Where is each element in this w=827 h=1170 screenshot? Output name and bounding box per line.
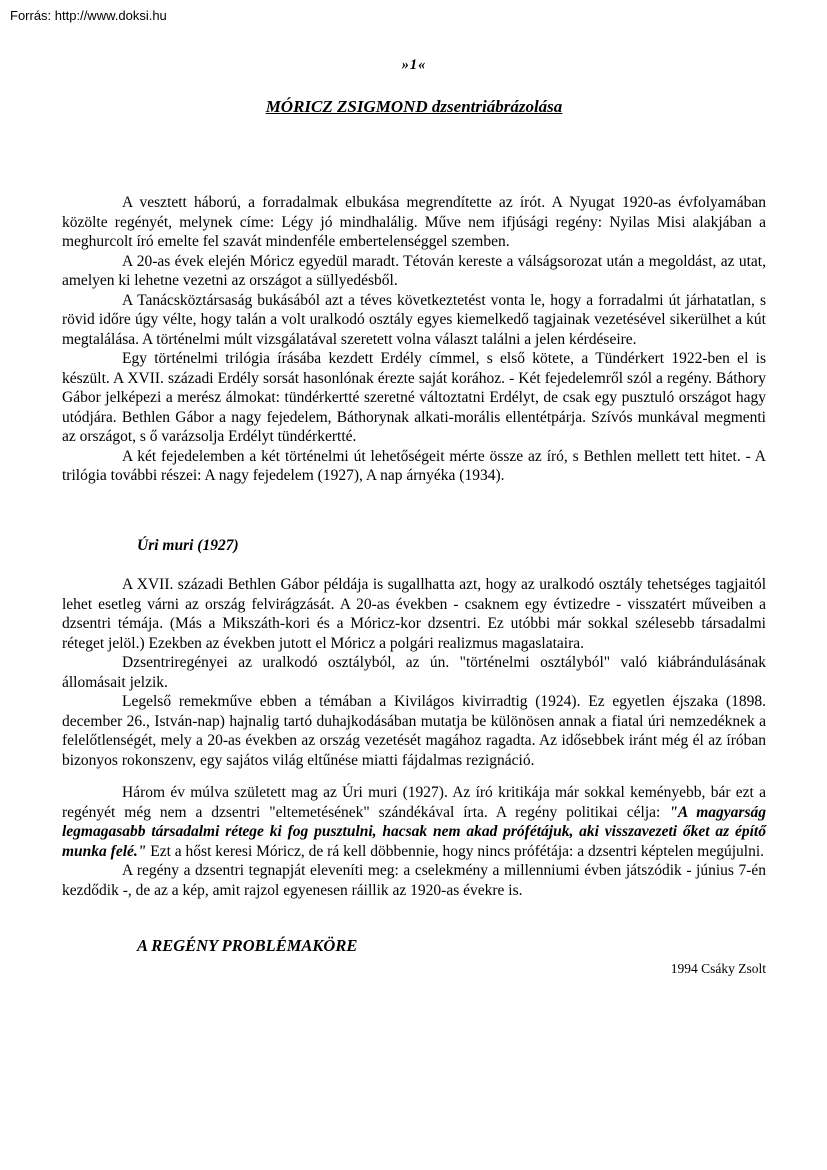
paragraph: A regény a dzsentri tegnapját eleveníti … [62,861,766,900]
quote-paragraph-outro: Ezt a hőst keresi Móricz, de rá kell döb… [146,843,764,860]
paragraph: A Tanácsköztársaság bukásából azt a téve… [62,291,766,350]
paragraph: Legelső remekműve ebben a témában a Kivi… [62,692,766,770]
paragraph: A két fejedelemben a két történelmi út l… [62,447,766,486]
page-number: »1« [62,57,766,74]
document-content: »1« MÓRICZ ZSIGMOND dzsentriábrázolása A… [62,0,766,977]
paragraph-with-quote: Három év múlva született mag az Úri muri… [62,783,766,861]
paragraph: A 20-as évek elején Móricz egyedül marad… [62,252,766,291]
section-heading-uri-muri: Úri muri (1927) [137,536,766,556]
paragraph: A XVII. századi Bethlen Gábor példája is… [62,575,766,653]
closing-section-heading: A REGÉNY PROBLÉMAKÖRE [137,936,766,956]
quote-paragraph-intro: Három év múlva született mag az Úri muri… [62,784,766,821]
paragraph: Egy történelmi trilógia írásába kezdett … [62,349,766,447]
author-credit: 1994 Csáky Zsolt [62,961,766,977]
paragraph: Dzsentriregényei az uralkodó osztályból,… [62,653,766,692]
paragraph: A vesztett háború, a forradalmak elbukás… [62,193,766,252]
page-title: MÓRICZ ZSIGMOND dzsentriábrázolása [62,97,766,117]
